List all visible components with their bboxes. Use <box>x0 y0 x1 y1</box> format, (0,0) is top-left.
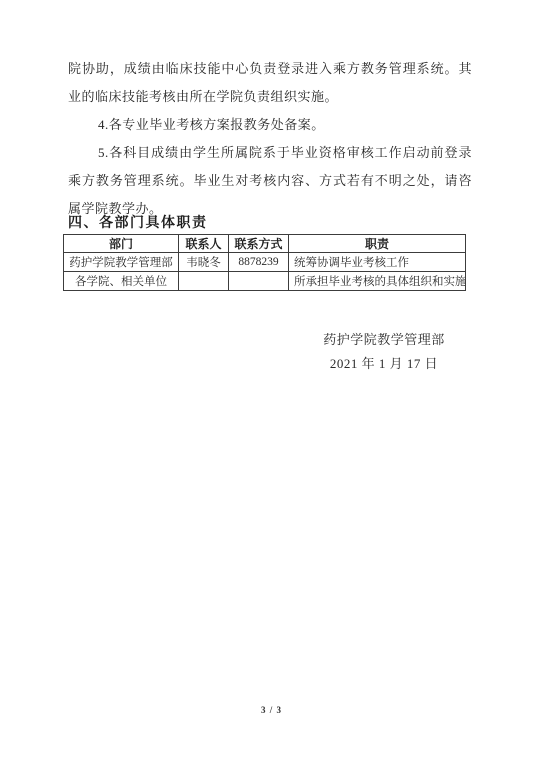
table-header-department: 部门 <box>64 235 179 253</box>
paragraph-line: 院协助，成绩由临床技能中心负责登录进入乘方教务管理系统。其他专 <box>68 55 472 83</box>
cell-contact-info: 8878239 <box>229 253 289 272</box>
cell-contact: 韦晓冬 <box>179 253 229 272</box>
section-heading: 四、各部门具体职责 <box>68 212 208 232</box>
table-header-contact-info: 联系方式 <box>229 235 289 253</box>
paragraph-line: 业的临床技能考核由所在学院负责组织实施。 <box>68 83 472 111</box>
responsibilities-table: 部门 联系人 联系方式 职责 药护学院教学管理部 韦晓冬 8878239 统筹协… <box>63 234 466 291</box>
table-header-row: 部门 联系人 联系方式 职责 <box>64 235 466 253</box>
document-page: 院协助，成绩由临床技能中心负责登录进入乘方教务管理系统。其他专 业的临床技能考核… <box>0 0 543 768</box>
table-header-contact: 联系人 <box>179 235 229 253</box>
paragraph-line: 乘方教务管理系统。毕业生对考核内容、方式若有不明之处，请咨询所 <box>68 167 472 195</box>
cell-department: 各学院、相关单位 <box>64 272 179 291</box>
signature-org: 药护学院教学管理部 <box>300 328 468 352</box>
page-number: 3 / 3 <box>0 705 543 715</box>
table-header-duty: 职责 <box>289 235 466 253</box>
table-row: 各学院、相关单位 所承担毕业考核的具体组织和实施 <box>64 272 466 291</box>
cell-contact <box>179 272 229 291</box>
cell-contact-info <box>229 272 289 291</box>
cell-department: 药护学院教学管理部 <box>64 253 179 272</box>
body-paragraphs: 院协助，成绩由临床技能中心负责登录进入乘方教务管理系统。其他专 业的临床技能考核… <box>68 55 472 223</box>
table-row: 药护学院教学管理部 韦晓冬 8878239 统筹协调毕业考核工作 <box>64 253 466 272</box>
paragraph-line: 4.各专业毕业考核方案报教务处备案。 <box>68 111 472 139</box>
cell-duty: 所承担毕业考核的具体组织和实施 <box>289 272 466 291</box>
paragraph-line: 5.各科目成绩由学生所属院系于毕业资格审核工作启动前登录进入 <box>68 139 472 167</box>
signature-date: 2021 年 1 月 17 日 <box>300 352 468 376</box>
signature-block: 药护学院教学管理部 2021 年 1 月 17 日 <box>300 328 468 376</box>
cell-duty: 统筹协调毕业考核工作 <box>289 253 466 272</box>
